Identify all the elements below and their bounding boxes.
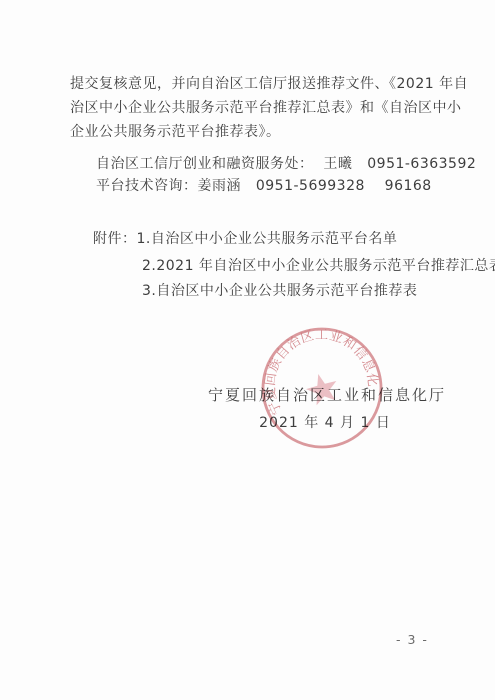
contact-line: 自治区工信厅创业和融资服务处： 王曦 0951-6363592 bbox=[96, 152, 476, 176]
attachment-label: 附件： bbox=[93, 227, 137, 251]
page-number: - 3 - bbox=[396, 631, 428, 649]
attachment-row: 附件：1.自治区中小企业公共服务示范平台名单 bbox=[93, 227, 397, 251]
paragraph-line: 治区中小企业公共服务示范平台推荐汇总表》和《自治区中小 bbox=[70, 96, 462, 120]
document-page: 提交复核意见，并向自治区工信厅报送推荐文件、《2021 年自 治区中小企业公共服… bbox=[0, 0, 495, 700]
issuer-name: 宁夏回族自治区工业和信息化厅 bbox=[160, 383, 494, 407]
attachment-item: 1.自治区中小企业公共服务示范平台名单 bbox=[137, 227, 398, 251]
paragraph-line: 企业公共服务示范平台推荐表》。 bbox=[70, 120, 281, 144]
contact-line: 平台技术咨询：姜雨涵 0951-5699328 96168 bbox=[96, 174, 432, 198]
attachment-item: 3.自治区中小企业公共服务示范平台推荐表 bbox=[142, 279, 417, 303]
paragraph-line: 提交复核意见，并向自治区工信厅报送推荐文件、《2021 年自 bbox=[70, 72, 468, 96]
issue-date: 2021 年 4 月 1 日 bbox=[160, 411, 490, 435]
attachment-item: 2.2021 年自治区中小企业公共服务示范平台推荐汇总表 bbox=[142, 254, 495, 278]
